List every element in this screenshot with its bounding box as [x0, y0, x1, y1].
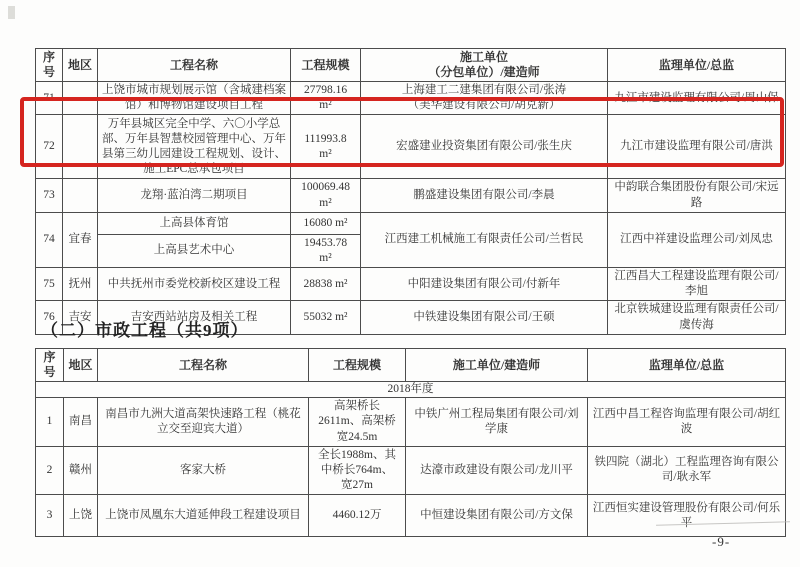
project-scale-cell: 4460.12万: [309, 495, 406, 537]
region-cell: 上饶: [64, 495, 98, 537]
project-scale-cell: 55032 m²: [291, 301, 361, 334]
project-name-cell: 中共抚州市委党校新校区建设工程: [98, 268, 291, 301]
row-number-cell: 75: [36, 268, 63, 301]
builder-cell: 中铁广州工程局集团有限公司/刘学康: [406, 398, 588, 447]
supervisor-cell: 中韵联合集团股份有限公司/宋远路: [608, 179, 786, 212]
table-row: 1南昌南昌市九洲大道高架快速路工程（桃花立交至迎宾大道）高架桥长 2611m、高…: [36, 398, 786, 447]
project-name-cell: 南昌市九洲大道高架快速路工程（桃花立交至迎宾大道）: [98, 398, 309, 447]
municipal-projects-table: 序号地区工程名称工程规模施工单位/建造师监理单位/总监 2018年度1南昌南昌市…: [35, 348, 786, 537]
project-scale-cell: 高架桥长 2611m、高架桥 宽24.5m: [309, 398, 406, 447]
builder-cell: 中恒建设集团有限公司/方文保: [406, 495, 588, 537]
table-header-row: 序号地区工程名称工程规模施工单位/建造师监理单位/总监: [36, 349, 786, 382]
year-row: 2018年度: [36, 382, 786, 398]
builder-cell: 江西建工机械施工有限责任公司/兰哲民: [361, 212, 608, 267]
section-heading: （二）市政工程（共9项）: [41, 316, 249, 341]
column-header: 施工单位 （分包单位）/建造师: [361, 49, 608, 82]
project-scale-cell: 19453.78 m²: [291, 234, 361, 267]
builder-cell: 鹏盛建设集团有限公司/李晨: [361, 179, 608, 212]
column-header: 工程规模: [309, 349, 406, 382]
project-scale-cell: 100069.48 m²: [291, 179, 361, 212]
builder-cell: 达濠市政建设有限公司/龙川平: [406, 446, 588, 495]
column-header: 序号: [36, 49, 63, 82]
table-row: 2赣州客家大桥全长1988m、其 中桥长764m、 宽27m达濠市政建设有限公司…: [36, 446, 786, 495]
supervisor-cell: 北京铁城建设监理有限责任公司/虞传海: [608, 301, 786, 334]
supervisor-cell: 江西中昌工程咨询监理有限公司/胡红波: [588, 398, 786, 447]
table-row-highlighted: 72万年县城区完全中学、六〇小学总部、万年县智慧校园管理中心、万年县第三幼儿园建…: [36, 115, 786, 179]
project-name-cell: 万年县城区完全中学、六〇小学总部、万年县智慧校园管理中心、万年县第三幼儿园建设工…: [98, 115, 291, 179]
supervisor-cell: 铁四院（湖北）工程监理咨询有限公司/耿永军: [588, 446, 786, 495]
row-number-cell: 73: [36, 179, 63, 212]
region-cell: [63, 82, 98, 115]
table-header-row: 序号地区工程名称工程规模施工单位 （分包单位）/建造师监理单位/总监: [36, 49, 786, 82]
page-number: -9-: [712, 534, 730, 550]
builder-cell: 中铁建设集团有限公司/王硕: [361, 301, 608, 334]
project-name-cell: 上高县体育馆: [98, 212, 291, 234]
project-scale-cell: 27798.16 m²: [291, 82, 361, 115]
table-row: 3上饶上饶市凤凰东大道延伸段工程建设项目4460.12万中恒建设集团有限公司/方…: [36, 495, 786, 537]
project-name-cell: 上高县艺术中心: [98, 234, 291, 267]
region-cell: 宜春: [63, 212, 98, 267]
row-number-cell: 3: [36, 495, 64, 537]
project-name-cell: 上饶市城市规划展示馆（含城建档案馆）和博物馆建设项目工程: [98, 82, 291, 115]
row-number-cell: 1: [36, 398, 64, 447]
scan-artifact: [8, 6, 15, 19]
supervisor-cell: 九江市建设监理有限公司/周山保: [608, 82, 786, 115]
table-row: 71上饶市城市规划展示馆（含城建档案馆）和博物馆建设项目工程27798.16 m…: [36, 82, 786, 115]
row-number-cell: 74: [36, 212, 63, 267]
project-name-cell: 龙翔·蓝泊湾二期项目: [98, 179, 291, 212]
builder-cell: 中阳建设集团有限公司/付新年: [361, 268, 608, 301]
region-cell: 抚州: [63, 268, 98, 301]
row-number-cell: 2: [36, 446, 64, 495]
builder-cell: 上海建工二建集团有限公司/张涛 （美华建设有限公司/胡克新）: [361, 82, 608, 115]
column-header: 工程名称: [98, 349, 309, 382]
row-number-cell: 72: [36, 115, 63, 179]
project-scale-cell: 16080 m²: [291, 212, 361, 234]
column-header: 工程规模: [291, 49, 361, 82]
table1-body: 71上饶市城市规划展示馆（含城建档案馆）和博物馆建设项目工程27798.16 m…: [36, 82, 786, 335]
column-header: 地区: [63, 49, 98, 82]
table2-body: 2018年度1南昌南昌市九洲大道高架快速路工程（桃花立交至迎宾大道）高架桥长 2…: [36, 382, 786, 537]
region-cell: 南昌: [64, 398, 98, 447]
table-row: 75抚州中共抚州市委党校新校区建设工程28838 m²中阳建设集团有限公司/付新…: [36, 268, 786, 301]
region-cell: [63, 179, 98, 212]
supervisor-cell: 九江市建设监理有限公司/唐洪: [608, 115, 786, 179]
table-row: 74宜春上高县体育馆16080 m²江西建工机械施工有限责任公司/兰哲民江西中祥…: [36, 212, 786, 234]
table2-head: 序号地区工程名称工程规模施工单位/建造师监理单位/总监: [36, 349, 786, 382]
project-scale-cell: 28838 m²: [291, 268, 361, 301]
municipal-projects-table-wrap: 序号地区工程名称工程规模施工单位/建造师监理单位/总监 2018年度1南昌南昌市…: [35, 348, 786, 537]
builder-cell: 宏盛建业投资集团有限公司/张生庆: [361, 115, 608, 179]
supervisor-cell: 江西昌大工程建设监理有限公司/李旭: [608, 268, 786, 301]
region-cell: 赣州: [64, 446, 98, 495]
table-row: 73龙翔·蓝泊湾二期项目100069.48 m²鹏盛建设集团有限公司/李晨中韵联…: [36, 179, 786, 212]
project-scale-cell: 全长1988m、其 中桥长764m、 宽27m: [309, 446, 406, 495]
column-header: 施工单位/建造师: [406, 349, 588, 382]
scanned-document-page: 序号地区工程名称工程规模施工单位 （分包单位）/建造师监理单位/总监 71上饶市…: [0, 0, 800, 567]
building-projects-table: 序号地区工程名称工程规模施工单位 （分包单位）/建造师监理单位/总监 71上饶市…: [35, 48, 786, 335]
row-number-cell: 71: [36, 82, 63, 115]
column-header: 监理单位/总监: [608, 49, 786, 82]
project-name-cell: 客家大桥: [98, 446, 309, 495]
column-header: 序号: [36, 349, 64, 382]
column-header: 监理单位/总监: [588, 349, 786, 382]
column-header: 地区: [64, 349, 98, 382]
project-scale-cell: 111993.8 m²: [291, 115, 361, 179]
project-name-cell: 上饶市凤凰东大道延伸段工程建设项目: [98, 495, 309, 537]
supervisor-cell: 江西恒实建设管理股份有限公司/何乐平: [588, 495, 786, 537]
region-cell: [63, 115, 98, 179]
building-projects-table-wrap: 序号地区工程名称工程规模施工单位 （分包单位）/建造师监理单位/总监 71上饶市…: [35, 48, 786, 335]
supervisor-cell: 江西中祥建设监理公司/刘凤忠: [608, 212, 786, 267]
year-label-cell: 2018年度: [36, 382, 786, 398]
column-header: 工程名称: [98, 49, 291, 82]
table1-head: 序号地区工程名称工程规模施工单位 （分包单位）/建造师监理单位/总监: [36, 49, 786, 82]
